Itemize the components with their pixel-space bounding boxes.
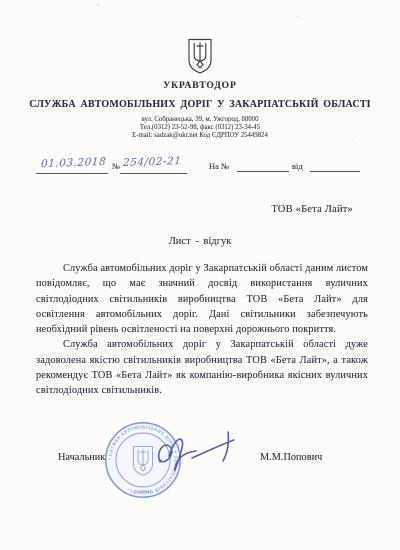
department-name: УКРАВТОДОР <box>0 81 400 91</box>
signature-scrawl <box>152 428 244 482</box>
recipient-name: ТОВ «Бета Лайт» <box>271 204 353 215</box>
signer-position: Начальник <box>58 452 105 463</box>
reply-to-number-label: На № <box>209 161 229 171</box>
number-underline <box>120 173 187 174</box>
stamp-code: 25449824 <box>134 489 152 494</box>
scanned-letter-page: УКРАВТОДОР СЛУЖБА АВТОМОБІЛЬНИХ ДОРІГ У … <box>0 0 400 550</box>
date-underline <box>36 173 108 174</box>
phone-line: Тел.(0312) 23-52-98, факс (0312) 23-34-4… <box>0 124 400 132</box>
signer-name: М.М.Попович <box>260 452 322 463</box>
email-code-line: E-mail: sadzak@ukr.net Код ЄДРПОУ 254498… <box>0 132 400 140</box>
scan-speck <box>296 16 298 17</box>
tryzub-emblem-icon <box>186 38 214 75</box>
letterhead-contacts: вул. Собранецька, 39, м. Ужгород, 88000 … <box>0 116 400 140</box>
organization-name: СЛУЖБА АВТОМОБІЛЬНИХ ДОРІГ У ЗАКАРПАТСЬК… <box>0 99 400 110</box>
from-date-blank <box>310 171 360 172</box>
handwritten-date: 01.03.2018 <box>41 156 107 170</box>
letter-body: Служба автомобільних доріг у Закарпатськ… <box>36 261 368 399</box>
paragraph: Служба автомобільних доріг у Закарпатськ… <box>36 261 368 337</box>
scan-speck <box>352 140 353 141</box>
letter-title: Лист - відгук <box>0 236 400 247</box>
from-date-label: від <box>292 161 303 171</box>
reply-number-blank <box>237 171 289 172</box>
address-line: вул. Собранецька, 39, м. Ужгород, 88000 <box>0 116 400 124</box>
number-sign-label: № <box>112 161 120 171</box>
scan-speck <box>97 4 99 6</box>
paragraph: Служба автомобільних доріг у Закарпатськ… <box>36 337 368 398</box>
handwritten-number: 254/02-21 <box>123 155 182 169</box>
